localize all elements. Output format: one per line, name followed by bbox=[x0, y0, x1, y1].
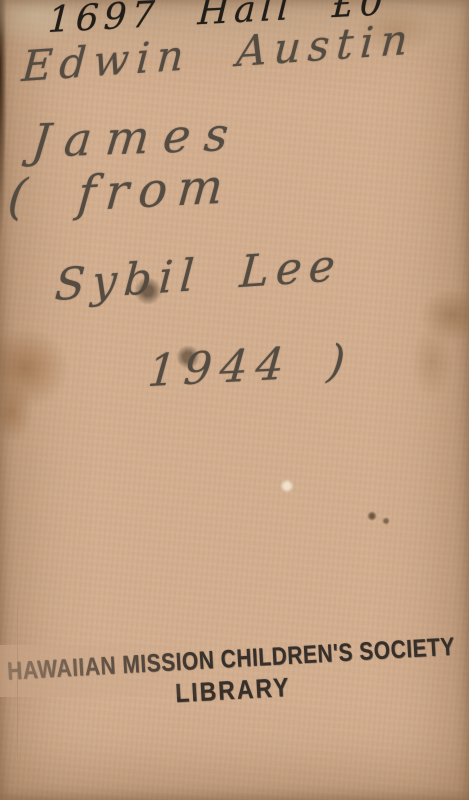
photo-back: 1697 Hall £0 Edwin Austin James ( from S… bbox=[0, 0, 469, 800]
library-stamp: HAWAIIAN MISSION CHILDREN'S SOCIETY LIBR… bbox=[5, 635, 459, 716]
handwriting-donor-line: Sybil Lee bbox=[53, 240, 343, 311]
handwriting-from-line: ( from bbox=[6, 158, 236, 226]
handwriting-year-line: 1944 ) bbox=[146, 335, 355, 397]
